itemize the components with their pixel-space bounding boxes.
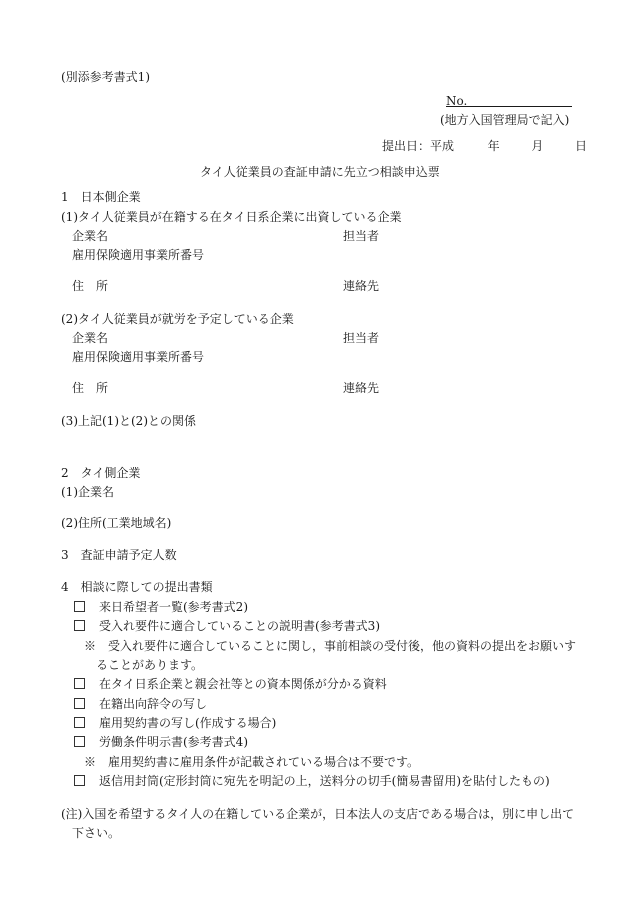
footnote-line1: (注)入国を希望するタイ人の在籍している企業が，日本法人の支店である場合は，別に… <box>61 807 574 821</box>
date-day: 日 <box>575 139 587 153</box>
sub2-insurance-label: 雇用保険適用事業所番号 <box>72 350 204 364</box>
number-field-line[interactable] <box>446 106 572 107</box>
sub1-address-label: 住 所 <box>72 279 108 293</box>
footnote-line2: 下さい。 <box>72 826 120 840</box>
checkbox-icon[interactable] <box>74 775 85 786</box>
sub2-person-label: 担当者 <box>343 331 379 345</box>
sub1-insurance-label: 雇用保険適用事業所番号 <box>72 248 204 262</box>
doc-item-7[interactable]: 返信用封筒(定形封筒に宛先を明記の上，送料分の切手(簡易書留用)を貼付したもの) <box>74 774 550 788</box>
doc-item-2[interactable]: 受入れ要件に適合していることの説明書(参考書式3) <box>74 619 380 633</box>
sub1-person-label: 担当者 <box>343 229 379 243</box>
submission-date: 提出日：平成 年 月 日 <box>382 139 587 153</box>
doc-item-6[interactable]: 労働条件明示書(参考書式4) <box>74 735 248 749</box>
doc-item-4[interactable]: 在籍出向辞令の写し <box>74 697 207 711</box>
checkbox-icon[interactable] <box>74 717 85 728</box>
section1-heading: 1 日本側企業 <box>61 190 141 204</box>
checkbox-icon[interactable] <box>74 736 85 747</box>
doc-item-5[interactable]: 雇用契約書の写し(作成する場合) <box>74 716 276 730</box>
sub1-company-name-label: 企業名 <box>72 229 108 243</box>
doc-note-1-line2: ることがあります。 <box>96 658 203 672</box>
section4-heading: 4 相談に際しての提出書類 <box>61 580 213 594</box>
section3-heading: 3 査証申請予定人数 <box>61 548 177 562</box>
sub1-contact-label: 連絡先 <box>343 279 379 293</box>
checkbox-icon[interactable] <box>74 698 85 709</box>
checkbox-icon[interactable] <box>74 620 85 631</box>
document-title: タイ人従業員の査証申請に先立つ相談申込票 <box>200 165 440 179</box>
date-label: 提出日：平成 <box>382 139 454 153</box>
date-year: 年 <box>488 139 500 153</box>
doc-item-3[interactable]: 在タイ日系企業と親会社等との資本関係が分かる資料 <box>74 677 387 691</box>
section2-heading: 2 タイ側企業 <box>61 466 140 480</box>
section1-sub3-heading: (3)上記(1)と(2)との関係 <box>61 414 196 428</box>
section2-item2: (2)住所(工業地域名) <box>61 516 171 530</box>
checkbox-icon[interactable] <box>74 601 85 612</box>
number-note: (地方入国管理局で記入) <box>440 113 569 127</box>
section1-sub1-heading: (1)タイ人従業員が在籍する在タイ日系企業に出資している企業 <box>61 210 402 224</box>
doc-note-2: ※ 雇用契約書に雇用条件が記載されている場合は不要です。 <box>84 755 419 769</box>
sub2-contact-label: 連絡先 <box>343 381 379 395</box>
section2-item1: (1)企業名 <box>61 485 114 499</box>
doc-note-1-line1: ※ 受入れ要件に適合していることに関し，事前相談の受付後，他の資料の提出をお願い… <box>84 639 576 653</box>
date-month: 月 <box>531 139 543 153</box>
sub2-address-label: 住 所 <box>72 381 108 395</box>
form-reference: (別添参考書式1) <box>61 70 150 84</box>
sub2-company-name-label: 企業名 <box>72 331 108 345</box>
doc-item-1[interactable]: 来日希望者一覧(参考書式2) <box>74 600 248 614</box>
section1-sub2-heading: (2)タイ人従業員が就労を予定している企業 <box>61 312 294 326</box>
checkbox-icon[interactable] <box>74 678 85 689</box>
